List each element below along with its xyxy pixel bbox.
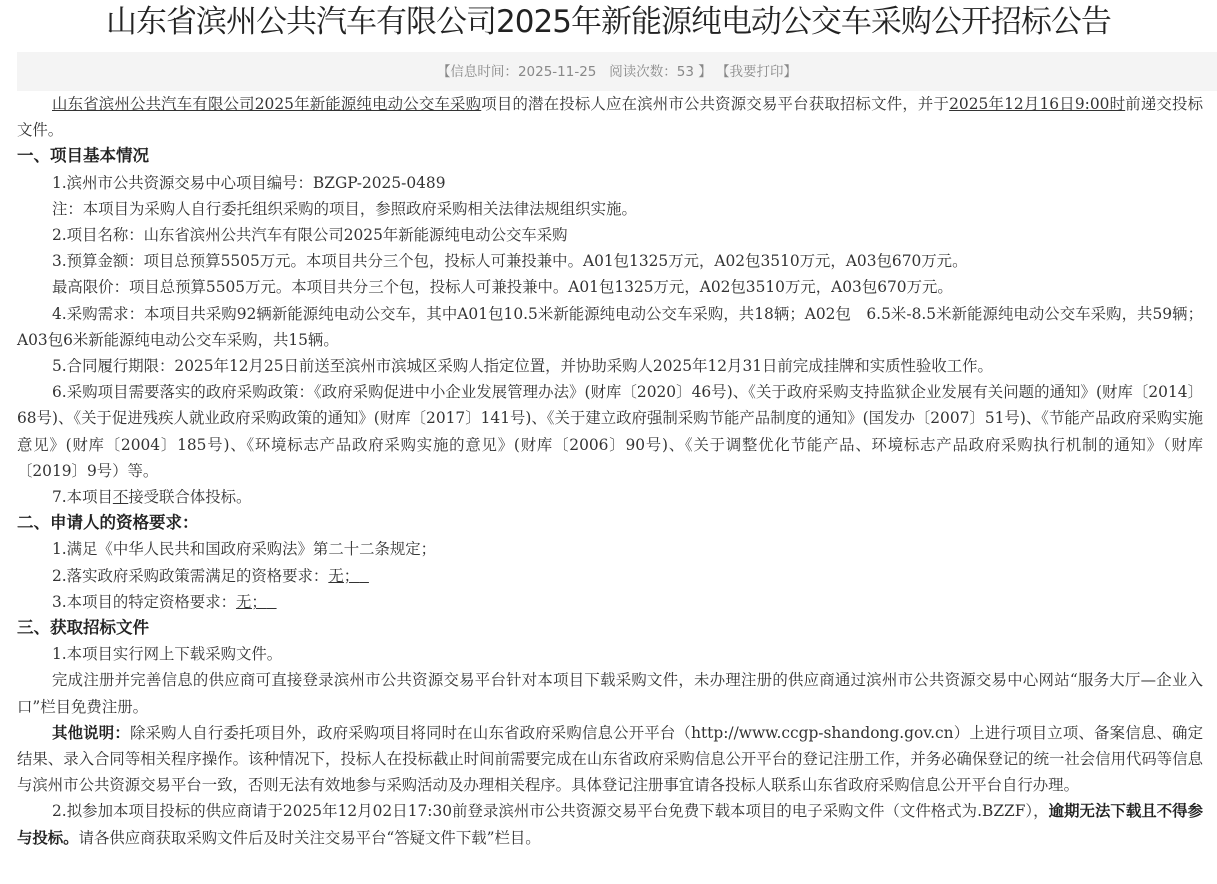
project-name-link: 山东省滨州公共汽车有限公司2025年新能源纯电动公交车采购 [52, 95, 481, 113]
info-date: 2025-11-25 [518, 64, 596, 80]
section1-heading: 一、项目基本情况 [17, 143, 1203, 169]
s1-item5: 5.合同履行期限：2025年12月25日前送至滨州市滨城区采购人指定位置，并协助… [17, 353, 1203, 379]
info-bar: 【信息时间：2025-11-25 阅读次数：53 】 【我要打印】 [17, 52, 1217, 91]
s1-item7: 7.本项目不接受联合体投标。 [17, 484, 1203, 510]
info-open: 【信息时间： [437, 64, 518, 80]
s1-item7-pre: 7.本项目 [52, 488, 113, 506]
other-notes-text: 除采购人自行委托项目外，政府采购项目将同时在山东省政府采购信息公开平台（http… [17, 724, 1203, 794]
section2-heading: 二、申请人的资格要求： [17, 510, 1203, 536]
s3-registration: 完成注册并完善信息的供应商可直接登录滨州市公共资源交易平台针对本项目下载采购文件… [17, 667, 1203, 719]
s2-item2-label: 2.落实政府采购政策需满足的资格要求： [52, 567, 328, 585]
page-title: 山东省滨州公共汽车有限公司2025年新能源纯电动公交车采购公开招标公告 [0, 0, 1217, 52]
s1-item7-not: 不 [113, 488, 128, 506]
s3-other-notes: 其他说明：除采购人自行委托项目外，政府采购项目将同时在山东省政府采购信息公开平台… [17, 720, 1203, 799]
deadline-text: 2025年12月16日9:00时 [949, 95, 1125, 113]
other-notes-label: 其他说明： [52, 724, 130, 742]
s3-item2-text: 2.拟参加本项目投标的供应商请于2025年12月02日17:30前登录滨州市公共… [52, 802, 1049, 820]
s3-item2-tail: 请各供应商获取采购文件后及时关注交易平台“答疑文件下载”栏目。 [79, 829, 541, 847]
s2-item1: 1.满足《中华人民共和国政府采购法》第二十二条规定； [17, 536, 1203, 562]
info-close: 】 [694, 64, 712, 80]
s1-note: 注：本项目为采购人自行委托组织采购的项目，参照政府采购相关法律法规组织实施。 [17, 196, 1203, 222]
s2-item3-value: 无； [236, 593, 267, 611]
s3-item1: 1.本项目实行网上下载采购文件。 [17, 641, 1203, 667]
section3-heading: 三、获取招标文件 [17, 615, 1203, 641]
s2-item2-blank [359, 567, 369, 585]
s2-item3-label: 3.本项目的特定资格要求： [52, 593, 236, 611]
s2-item2-value: 无； [328, 567, 359, 585]
s1-item4: 4.采购需求：本项目共采购92辆新能源纯电动公交车，其中A01包10.5米新能源… [17, 301, 1203, 353]
s1-item2: 2.项目名称：山东省滨州公共汽车有限公司2025年新能源纯电动公交车采购 [17, 222, 1203, 248]
s1-max-price: 最高限价：项目总预算5505万元。本项目共分三个包，投标人可兼投兼中。A01包1… [17, 274, 1203, 300]
s2-item3-blank [267, 593, 277, 611]
intro-paragraph: 山东省滨州公共汽车有限公司2025年新能源纯电动公交车采购项目的潜在投标人应在滨… [17, 91, 1203, 143]
s1-item7-post: 接受联合体投标。 [128, 488, 251, 506]
s2-item3: 3.本项目的特定资格要求：无； [17, 589, 1203, 615]
print-link[interactable]: 【我要打印】 [712, 64, 797, 80]
announcement-page: 山东省滨州公共汽车有限公司2025年新能源纯电动公交车采购公开招标公告 【信息时… [0, 0, 1217, 851]
views-label: 阅读次数： [596, 64, 676, 80]
announcement-body: 山东省滨州公共汽车有限公司2025年新能源纯电动公交车采购项目的潜在投标人应在滨… [0, 91, 1217, 851]
s1-item1: 1.滨州市公共资源交易中心项目编号：BZGP-2025-0489 [17, 170, 1203, 196]
s2-item2: 2.落实政府采购政策需满足的资格要求：无； [17, 563, 1203, 589]
s1-item6: 6.采购项目需要落实的政府采购政策：《政府采购促进中小企业发展管理办法》(财库〔… [17, 379, 1203, 484]
views-count: 53 [677, 64, 694, 80]
s3-item2: 2.拟参加本项目投标的供应商请于2025年12月02日17:30前登录滨州市公共… [17, 798, 1203, 850]
intro-text: 项目的潜在投标人应在滨州市公共资源交易平台获取招标文件，并于 [481, 95, 949, 113]
s1-item3: 3.预算金额：项目总预算5505万元。本项目共分三个包，投标人可兼投兼中。A01… [17, 248, 1203, 274]
